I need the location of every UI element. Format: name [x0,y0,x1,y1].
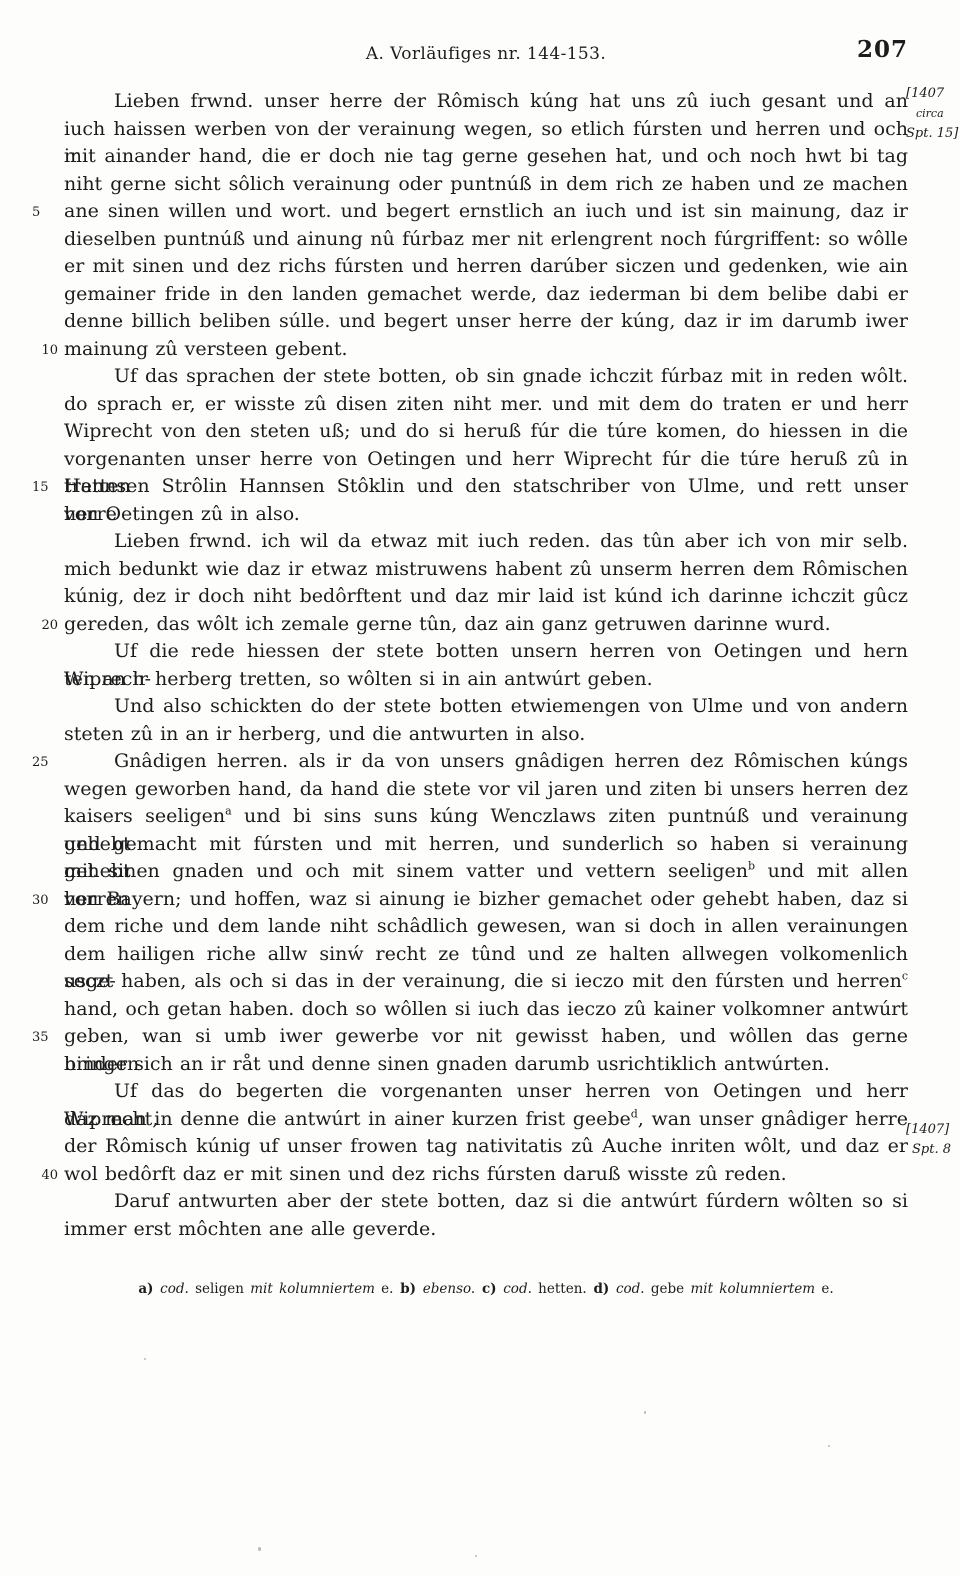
text-line: ten an ir herberg tretten, so wôlten si … [64,666,908,694]
text-line: hinder sich an ir råt und denne sinen gn… [64,1051,908,1079]
text-line: iuch haissen werben von der verainung we… [64,116,908,144]
text-line: mich bedunkt wie daz ir etwaz mistruwens… [64,556,908,584]
text-line: immer erst môchten ane alle geverde. [64,1216,908,1244]
text-line: 20gereden, das wôlt ich zemale gerne tûn… [64,611,908,639]
text-line: Uf das sprachen der stete botten, ob sin… [64,363,908,391]
text-line: mit sinen gnaden und och mit sinem vatte… [64,858,908,886]
text-segment: ten an ir herberg tretten, so wôlten si … [64,668,653,690]
text-line: 35geben, wan si umb iwer gewerbe vor nit… [64,1023,908,1051]
text-line: Wiprecht von den steten uß; und do si he… [64,418,908,446]
text-segment: , wan unser gnâdiger herre [638,1108,908,1130]
text-line: hand, och getan haben. doch so wôllen si… [64,996,908,1024]
text-segment: mainung zû versteen gebent. [64,338,348,360]
text-segment: immer erst môchten ane alle geverde. [64,1218,436,1240]
text-segment: mich bedunkt wie daz ir etwaz mistruwens… [64,558,908,580]
margin-line-number: 15 [32,474,58,502]
text-segment: von Oetingen zû in also. [64,503,300,525]
text-line: niht gerne sicht sôlich verainung oder p… [64,171,908,199]
margin-date-note-top: [1407 circa Spt. 15] [906,84,960,144]
footnote-segment: mit kolumniertem [690,1281,815,1297]
text-line: do sprach er, er wisste zû disen ziten n… [64,391,908,419]
text-segment: der Rômisch kúnig uf unser frowen tag na… [64,1135,908,1157]
text-segment: Und also schickten do der stete botten e… [114,695,908,717]
footnote-segment: cod. [160,1281,189,1297]
text-segment: kúnig, dez ir doch niht bedôrftent und d… [64,585,908,607]
footnote-segment: mit kolumniertem [250,1281,375,1297]
text-line: steten zû in an ir herberg, und die antw… [64,721,908,749]
text-line: er mit sinen und dez richs fúrsten und h… [64,253,908,281]
text-line: Lieben frwnd. unser herre der Rômisch kú… [64,88,908,116]
text-segment: Lieben frwnd. unser herre der Rômisch kú… [114,90,908,112]
margin-note-line: [1407] [906,1120,960,1140]
text-line: der Rômisch kúnig uf unser frowen tag na… [64,1133,908,1161]
text-line: wegen geworben hand, da hand die stete v… [64,776,908,804]
critical-apparatus-footnote: a) cod. seligen mit kolumniertem e. b) e… [64,1280,908,1298]
text-segment: niht gerne sicht sôlich verainung oder p… [64,173,908,195]
margin-note-line: Spt. 15] [906,124,960,144]
scan-speck [828,1445,830,1447]
footnote-segment: a) [138,1281,160,1297]
text-line: kúnig, dez ir doch niht bedôrftent und d… [64,583,908,611]
scan-speck [475,1555,477,1557]
text-segment: daz man in denne die antwúrt in ainer ku… [64,1108,631,1130]
text-segment: mit ainander hand, die er doch nie tag g… [64,145,908,167]
text-segment: ane sinen willen und wort. und begert er… [64,200,908,222]
text-line: vorgenanten unser herre von Oetingen und… [64,446,908,474]
text-segment: Uf das sprachen der stete botten, ob sin… [114,365,908,387]
margin-line-number: 35 [32,1024,58,1052]
text-segment: hand, och getan haben. doch so wôllen si… [64,998,908,1020]
footnote-marker: c [902,970,908,983]
text-line: daz man in denne die antwúrt in ainer ku… [64,1106,908,1134]
text-line: denne billich beliben súlle. und begert … [64,308,908,336]
footnote-segment: hetten. [532,1281,594,1297]
footnote-segment: ebenso. [423,1281,475,1297]
margin-line-number: 10 [32,337,58,365]
footnote-segment: b) [400,1281,423,1297]
text-segment: seczt haben, als och si das in der verai… [64,970,902,992]
text-segment: denne billich beliben súlle. und begert … [64,310,908,332]
text-line: Lieben frwnd. ich wil da etwaz mit iuch … [64,528,908,556]
margin-note-line: [1407 [906,84,960,104]
margin-line-number: 20 [32,612,58,640]
footnote-segment: gebe [645,1281,691,1297]
text-line: gemainer fride in den landen gemachet we… [64,281,908,309]
margin-line-number: 25 [32,749,58,777]
margin-date-note-bottom: [1407] Spt. 8 [906,1120,960,1160]
text-line: 30von Bayern; und hoffen, waz si ainung … [64,886,908,914]
scan-speck [644,1411,646,1414]
text-segment: Gnâdigen herren. als ir da von unsers gn… [114,750,908,772]
text-line: Und also schickten do der stete botten e… [64,693,908,721]
text-block: Lieben frwnd. unser herre der Rômisch kú… [64,88,908,1243]
text-line: von Oetingen zû in also. [64,501,908,529]
text-segment: steten zû in an ir herberg, und die antw… [64,723,585,745]
footnote-segment: d) [593,1281,616,1297]
footnote-segment: cod. [616,1281,645,1297]
text-line: 5ane sinen willen und wort. und begert e… [64,198,908,226]
text-segment: gemainer fride in den landen gemachet we… [64,283,908,305]
text-line: mit ainander hand, die er doch nie tag g… [64,143,908,171]
text-line: seczt haben, als och si das in der verai… [64,968,908,996]
scan-speck [258,1547,261,1551]
text-segment: Daruf antwurten aber der stete botten, d… [114,1190,908,1212]
text-segment: kaisers seeligen [64,805,225,827]
footnote-segment: e. [815,1281,834,1297]
text-segment: mit sinen gnaden und och mit sinem vatte… [64,860,748,882]
footnote-segment: c) [482,1281,503,1297]
text-segment: dem riche und dem lande niht schâdlich g… [64,915,908,937]
text-line: 40wol bedôrft daz er mit sinen und dez r… [64,1161,908,1189]
text-line: kaisers seeligena und bi sins suns kúng … [64,803,908,831]
text-segment: Lieben frwnd. ich wil da etwaz mit iuch … [114,530,908,552]
footnote-segment: e. [375,1281,400,1297]
text-segment: do sprach er, er wisste zû disen ziten n… [64,393,908,415]
text-line: Uf die rede hiessen der stete botten uns… [64,638,908,666]
footnote-segment [475,1281,482,1297]
footnote-marker: d [631,1107,638,1120]
text-line: 10mainung zû versteen gebent. [64,336,908,364]
scan-speck [144,1358,146,1360]
margin-note-line: circa [906,104,960,124]
text-segment: wegen geworben hand, da hand die stete v… [64,778,908,800]
text-line: dem riche und dem lande niht schâdlich g… [64,913,908,941]
text-line: dieselben puntnúß und ainung nû fúrbaz m… [64,226,908,254]
text-line: 25Gnâdigen herren. als ir da von unsers … [64,748,908,776]
page-number: 207 [64,36,908,63]
text-line: dem hailigen riche allw sinẃ recht ze tû… [64,941,908,969]
text-segment: Wiprecht von den steten uß; und do si he… [64,420,908,442]
margin-line-number: 30 [32,887,58,915]
text-segment: gereden, das wôlt ich zemale gerne tûn, … [64,613,831,635]
footnote-segment: seligen [189,1281,250,1297]
text-line: und gemacht mit fúrsten und mit herren, … [64,831,908,859]
text-line: 15Hannsen Strôlin Hannsen Stôklin und de… [64,473,908,501]
margin-line-number: 40 [32,1162,58,1190]
text-segment: wol bedôrft daz er mit sinen und dez ric… [64,1163,787,1185]
text-segment: von Bayern; und hoffen, waz si ainung ie… [64,888,908,910]
footnote-segment: cod. [503,1281,532,1297]
text-segment: er mit sinen und dez richs fúrsten und h… [64,255,908,277]
text-line: Uf das do begerten die vorgenanten unser… [64,1078,908,1106]
margin-line-number: 5 [32,199,58,227]
text-segment: hinder sich an ir råt und denne sinen gn… [64,1053,830,1075]
scanned-page: A. Vorläufiges nr. 144-153. 207 [1407 ci… [0,0,960,1576]
text-segment: dieselben puntnúß und ainung nû fúrbaz m… [64,228,908,250]
text-line: Daruf antwurten aber der stete botten, d… [64,1188,908,1216]
margin-note-line: Spt. 8 [906,1140,960,1160]
